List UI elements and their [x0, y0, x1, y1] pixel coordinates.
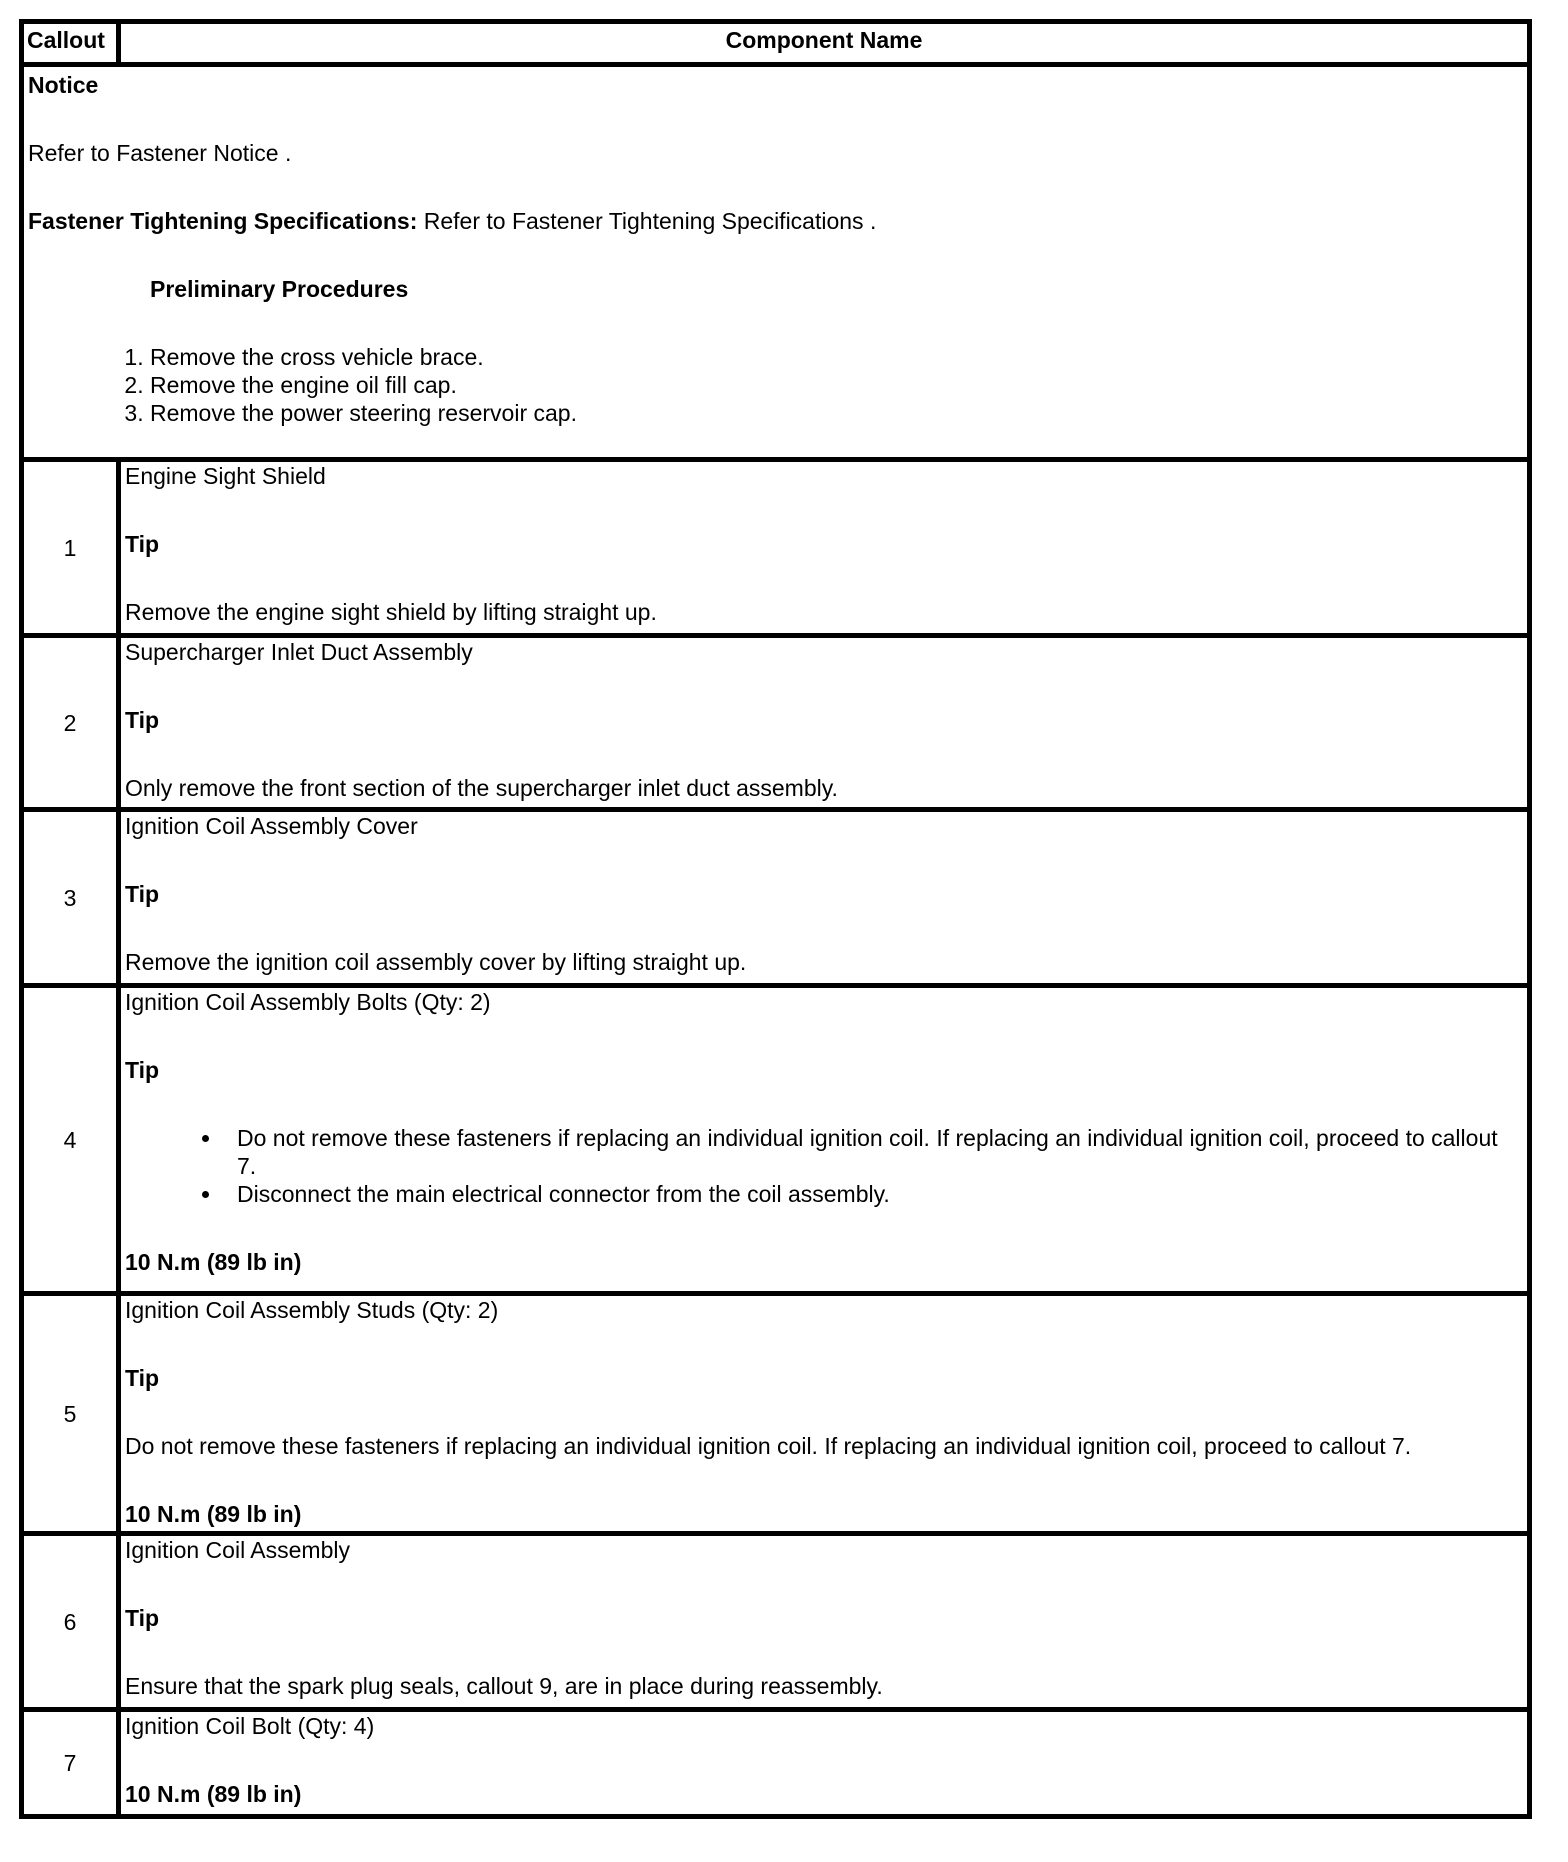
component-cell: Ignition Coil Assembly Tip Ensure that t…: [119, 1534, 1530, 1710]
component-name: Supercharger Inlet Duct Assembly: [125, 638, 1523, 666]
fastener-spec: Fastener Tightening Specifications: Refe…: [28, 207, 1523, 235]
tip-label: Tip: [125, 1604, 1523, 1632]
prelim-step: Remove the power steering reservoir cap.: [150, 399, 1523, 427]
table-row: 2 Supercharger Inlet Duct Assembly Tip O…: [22, 636, 1530, 810]
tip-label: Tip: [125, 706, 1523, 734]
component-table: Callout Component Name Notice Refer to F…: [19, 19, 1532, 1819]
tip-text: Only remove the front section of the sup…: [125, 774, 1523, 802]
component-cell: Engine Sight Shield Tip Remove the engin…: [119, 460, 1530, 636]
callout-number: 3: [22, 810, 119, 986]
prelim-step: Remove the engine oil fill cap.: [150, 371, 1523, 399]
tip-bullet: Disconnect the main electrical connector…: [223, 1180, 1523, 1208]
torque-spec: 10 N.m (89 lb in): [125, 1500, 1523, 1528]
callout-number: 6: [22, 1534, 119, 1710]
tip-text: Remove the engine sight shield by liftin…: [125, 598, 1523, 626]
table-row: 1 Engine Sight Shield Tip Remove the eng…: [22, 460, 1530, 636]
prelim-steps: Remove the cross vehicle brace. Remove t…: [28, 343, 1523, 427]
callout-number: 1: [22, 460, 119, 636]
prelim-step: Remove the cross vehicle brace.: [150, 343, 1523, 371]
component-name: Ignition Coil Assembly: [125, 1536, 1523, 1564]
torque-spec: 10 N.m (89 lb in): [125, 1248, 1523, 1276]
callout-number: 5: [22, 1294, 119, 1534]
table-row: 4 Ignition Coil Assembly Bolts (Qty: 2) …: [22, 986, 1530, 1294]
component-cell: Ignition Coil Bolt (Qty: 4) 10 N.m (89 l…: [119, 1710, 1530, 1817]
component-name: Ignition Coil Assembly Cover: [125, 812, 1523, 840]
torque-spec: 10 N.m (89 lb in): [125, 1780, 1523, 1808]
notice-row: Notice Refer to Fastener Notice . Fasten…: [22, 65, 1530, 460]
component-cell: Supercharger Inlet Duct Assembly Tip Onl…: [119, 636, 1530, 810]
tip-label: Tip: [125, 880, 1523, 908]
component-cell: Ignition Coil Assembly Bolts (Qty: 2) Ti…: [119, 986, 1530, 1294]
component-name: Ignition Coil Assembly Bolts (Qty: 2): [125, 988, 1523, 1016]
notice-text: Refer to Fastener Notice .: [28, 139, 1523, 167]
tip-text: Remove the ignition coil assembly cover …: [125, 948, 1523, 976]
table-row: 6 Ignition Coil Assembly Tip Ensure that…: [22, 1534, 1530, 1710]
callout-number: 4: [22, 986, 119, 1294]
callout-header: Callout: [22, 22, 119, 65]
table-row: 5 Ignition Coil Assembly Studs (Qty: 2) …: [22, 1294, 1530, 1534]
component-cell: Ignition Coil Assembly Cover Tip Remove …: [119, 810, 1530, 986]
table-row: 7 Ignition Coil Bolt (Qty: 4) 10 N.m (89…: [22, 1710, 1530, 1817]
component-cell: Ignition Coil Assembly Studs (Qty: 2) Ti…: [119, 1294, 1530, 1534]
tip-bullet: Do not remove these fasteners if replaci…: [223, 1124, 1523, 1180]
component-name: Ignition Coil Bolt (Qty: 4): [125, 1712, 1523, 1740]
spec-text: Refer to Fastener Tightening Specificati…: [417, 208, 876, 234]
table-row: 3 Ignition Coil Assembly Cover Tip Remov…: [22, 810, 1530, 986]
component-name: Ignition Coil Assembly Studs (Qty: 2): [125, 1296, 1523, 1324]
notice-title: Notice: [28, 71, 1523, 99]
tip-text: Do not remove these fasteners if replaci…: [125, 1432, 1523, 1460]
callout-number: 7: [22, 1710, 119, 1817]
component-name: Engine Sight Shield: [125, 462, 1523, 490]
tip-bullets: Do not remove these fasteners if replaci…: [125, 1124, 1523, 1208]
callout-number: 2: [22, 636, 119, 810]
notice-cell: Notice Refer to Fastener Notice . Fasten…: [22, 65, 1530, 460]
tip-label: Tip: [125, 1056, 1523, 1084]
tip-text: Ensure that the spark plug seals, callou…: [125, 1672, 1523, 1700]
table-header-row: Callout Component Name: [22, 22, 1530, 65]
tip-label: Tip: [125, 1364, 1523, 1392]
spec-label: Fastener Tightening Specifications:: [28, 208, 417, 234]
prelim-title: Preliminary Procedures: [150, 275, 1523, 303]
component-name-header: Component Name: [119, 22, 1530, 65]
tip-label: Tip: [125, 530, 1523, 558]
